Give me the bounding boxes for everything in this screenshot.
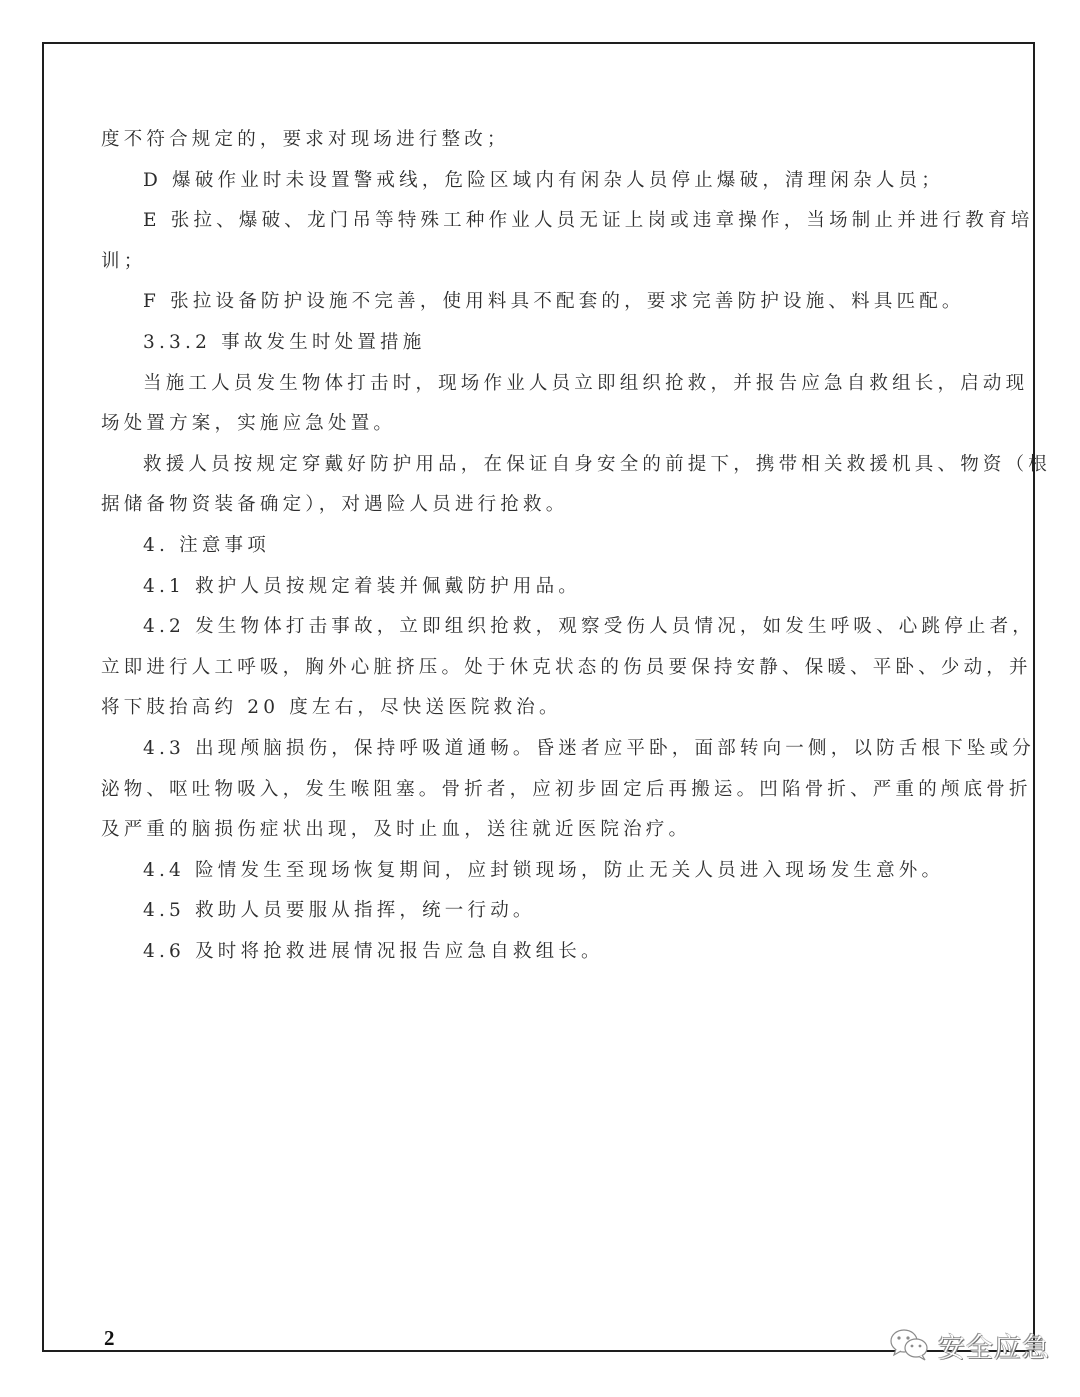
text-line: 及严重的脑损伤症状出现，及时止血，送往就近医院治疗。 bbox=[101, 810, 965, 851]
paragraph: 救援人员按规定穿戴好防护用品，在保证自身安全的前提下，携带相关救援机具、物资（根 bbox=[101, 445, 965, 486]
item-f: F 张拉设备防护设施不完善，使用料具不配套的，要求完善防护设施、料具匹配。 bbox=[101, 282, 965, 323]
item-4-6: 4.6 及时将抢救进展情况报告应急自救组长。 bbox=[101, 932, 965, 973]
text-line: 立即进行人工呼吸，胸外心脏挤压。处于休克状态的伤员要保持安静、保暖、平卧、少动，… bbox=[101, 648, 965, 689]
item-4-5: 4.5 救助人员要服从指挥，统一行动。 bbox=[101, 891, 965, 932]
watermark: 安全应急 bbox=[888, 1328, 1050, 1362]
paragraph: 当施工人员发生物体打击时，现场作业人员立即组织抢救，并报告应急自救组长，启动现 bbox=[101, 364, 965, 405]
item-4-3: 4.3 出现颅脑损伤，保持呼吸道通畅。昏迷者应平卧，面部转向一侧，以防舌根下坠或… bbox=[101, 729, 965, 770]
text-line: 将下肢抬高约 20 度左右，尽快送医院救治。 bbox=[101, 688, 965, 729]
item-4-1: 4.1 救护人员按规定着装并佩戴防护用品。 bbox=[101, 567, 965, 608]
text-line: 度不符合规定的，要求对现场进行整改； bbox=[101, 120, 965, 161]
text-line: 据储备物资装备确定），对遇险人员进行抢救。 bbox=[101, 485, 965, 526]
document-body: 度不符合规定的，要求对现场进行整改； D 爆破作业时未设置警戒线，危险区域内有闲… bbox=[101, 120, 965, 972]
text-line: 训； bbox=[101, 242, 965, 283]
item-e: E 张拉、爆破、龙门吊等特殊工种作业人员无证上岗或违章操作，当场制止并进行教育培 bbox=[101, 201, 965, 242]
section-heading-3-3-2: 3.3.2 事故发生时处置措施 bbox=[101, 323, 965, 364]
page-number: 2 bbox=[104, 1326, 115, 1351]
text-line: 泌物、呕吐物吸入，发生喉阻塞。骨折者，应初步固定后再搬运。凹陷骨折、严重的颅底骨… bbox=[101, 770, 965, 811]
text-line: 场处置方案，实施应急处置。 bbox=[101, 404, 965, 445]
watermark-text: 安全应急 bbox=[938, 1326, 1050, 1365]
item-4-2: 4.2 发生物体打击事故，立即组织抢救，观察受伤人员情况，如发生呼吸、心跳停止者… bbox=[101, 607, 965, 648]
item-4-4: 4.4 险情发生至现场恢复期间，应封锁现场，防止无关人员进入现场发生意外。 bbox=[101, 851, 965, 892]
wechat-icon bbox=[888, 1327, 932, 1363]
section-heading-4: 4. 注意事项 bbox=[101, 526, 965, 567]
item-d: D 爆破作业时未设置警戒线，危险区域内有闲杂人员停止爆破，清理闲杂人员； bbox=[101, 161, 965, 202]
